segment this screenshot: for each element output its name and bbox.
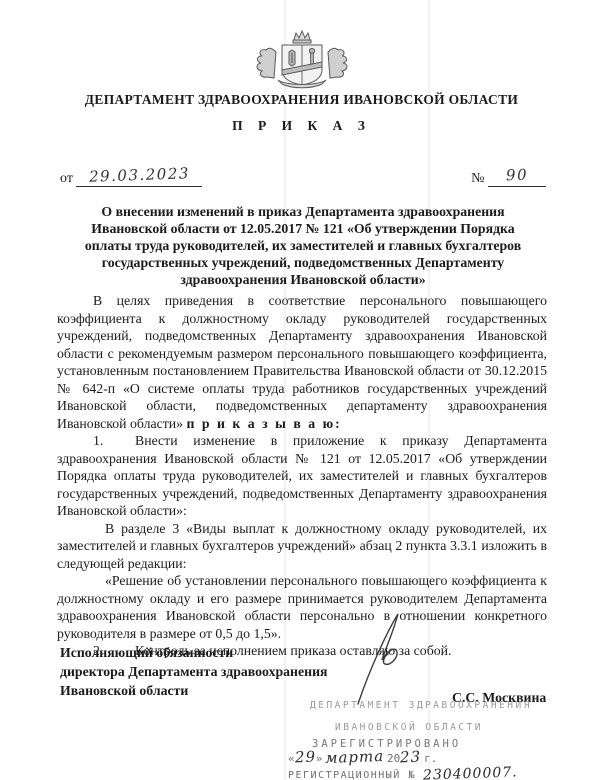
handwritten-date: 29.03.2023 bbox=[89, 164, 190, 186]
org-name: ДЕПАРТАМЕНТ ЗДРАВООХРАНЕНИЯ ИВАНОВСКОЙ О… bbox=[0, 92, 603, 108]
order-title: О внесении изменений в приказ Департамен… bbox=[72, 203, 534, 288]
quote-open: « bbox=[288, 752, 295, 765]
handwritten-reg-month: марта bbox=[325, 747, 385, 767]
paragraph-item1-sub1: В разделе 3 «Виды выплат к должностному … bbox=[57, 520, 547, 573]
registration-date-line: «29» марта 2023 г. bbox=[288, 748, 437, 766]
item1-text: Внести изменение в приложение к приказу … bbox=[57, 433, 547, 518]
date-label: от bbox=[60, 171, 73, 186]
number-field: № 90 bbox=[471, 166, 546, 187]
item1-number: 1. bbox=[93, 432, 121, 450]
number-underline: 90 bbox=[488, 166, 546, 187]
year-prefix: 20 bbox=[387, 752, 400, 765]
reg-number-label: РЕГИСТРАЦИОННЫЙ № bbox=[288, 770, 416, 780]
order-body: В целях приведения в соответствие персон… bbox=[57, 292, 547, 660]
dept-stamp-line1: ДЕПАРТАМЕНТ ЗДРАВООХРАНЕНИЯ bbox=[310, 700, 532, 711]
number-label: № bbox=[471, 171, 484, 186]
meta-row: от 29.03.2023 № 90 bbox=[60, 160, 546, 190]
date-field: от 29.03.2023 bbox=[60, 166, 202, 187]
handwritten-reg-day: 29 bbox=[294, 748, 316, 767]
quote-close: » bbox=[316, 752, 323, 765]
registration-number-line: РЕГИСТРАЦИОННЫЙ № 230400007. bbox=[288, 766, 518, 780]
paragraph-intro: В целях приведения в соответствие персон… bbox=[57, 292, 547, 432]
handwritten-reg-number: 230400007. bbox=[423, 764, 518, 780]
decree-word: п р и к а з ы в а ю: bbox=[186, 416, 341, 431]
document-type-title: П Р И К А З bbox=[0, 118, 603, 134]
intro-text: В целях приведения в соответствие персон… bbox=[57, 293, 547, 431]
signature-stroke-icon bbox=[340, 608, 420, 708]
dept-stamp-line2: ИВАНОВСКОЙ ОБЛАСТИ bbox=[335, 722, 483, 733]
coat-of-arms-icon bbox=[252, 28, 352, 90]
handwritten-number: 90 bbox=[506, 166, 529, 185]
handwritten-year-suffix: 23 bbox=[400, 748, 422, 767]
date-underline: 29.03.2023 bbox=[76, 166, 202, 187]
paragraph-item1-sub2: «Решение об установлении персонального п… bbox=[57, 572, 547, 642]
year-g: г. bbox=[424, 752, 437, 765]
paragraph-item1: 1.Внести изменение в приложение к приказ… bbox=[57, 432, 547, 520]
document-page: ДЕПАРТАМЕНТ ЗДРАВООХРАНЕНИЯ ИВАНОВСКОЙ О… bbox=[0, 0, 603, 780]
